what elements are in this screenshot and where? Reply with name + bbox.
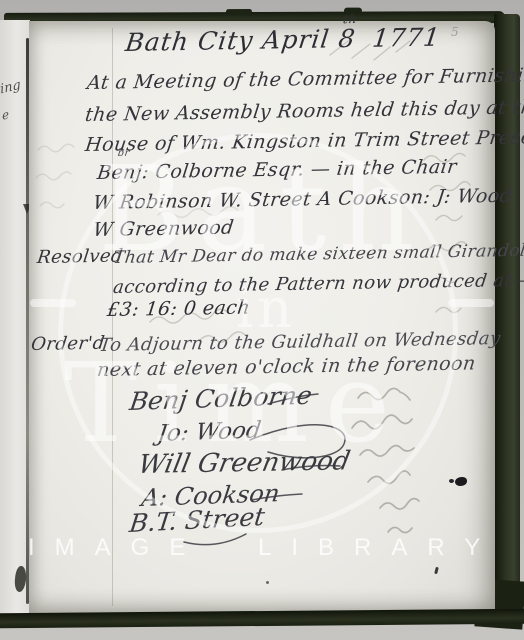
ink-speck	[266, 581, 269, 584]
heading-ordinal: th	[342, 13, 358, 25]
heading-year: 1771	[371, 23, 442, 53]
heading-place-date: Bath City April	[124, 24, 332, 57]
watermark-image-library-banner: IMAGE LIBRARY	[28, 534, 500, 562]
manuscript-photograph: ing e 5	[0, 0, 524, 640]
previous-page-text-fragment: e	[1, 107, 9, 123]
watermark-word-time: Time	[64, 348, 406, 458]
watermark-dash-left	[30, 299, 76, 307]
heading-day: 8	[337, 24, 358, 53]
watermark-dash-right	[448, 299, 494, 307]
heading-line: Bath City April8th1771	[124, 25, 442, 55]
watermark-word-bath: Bath	[98, 150, 426, 268]
watermark-word-in: in	[236, 282, 296, 336]
folio-number: 5	[451, 25, 459, 39]
previous-page-text-fragment: ing	[0, 77, 21, 97]
book-cover-bottom-edge	[0, 609, 524, 629]
